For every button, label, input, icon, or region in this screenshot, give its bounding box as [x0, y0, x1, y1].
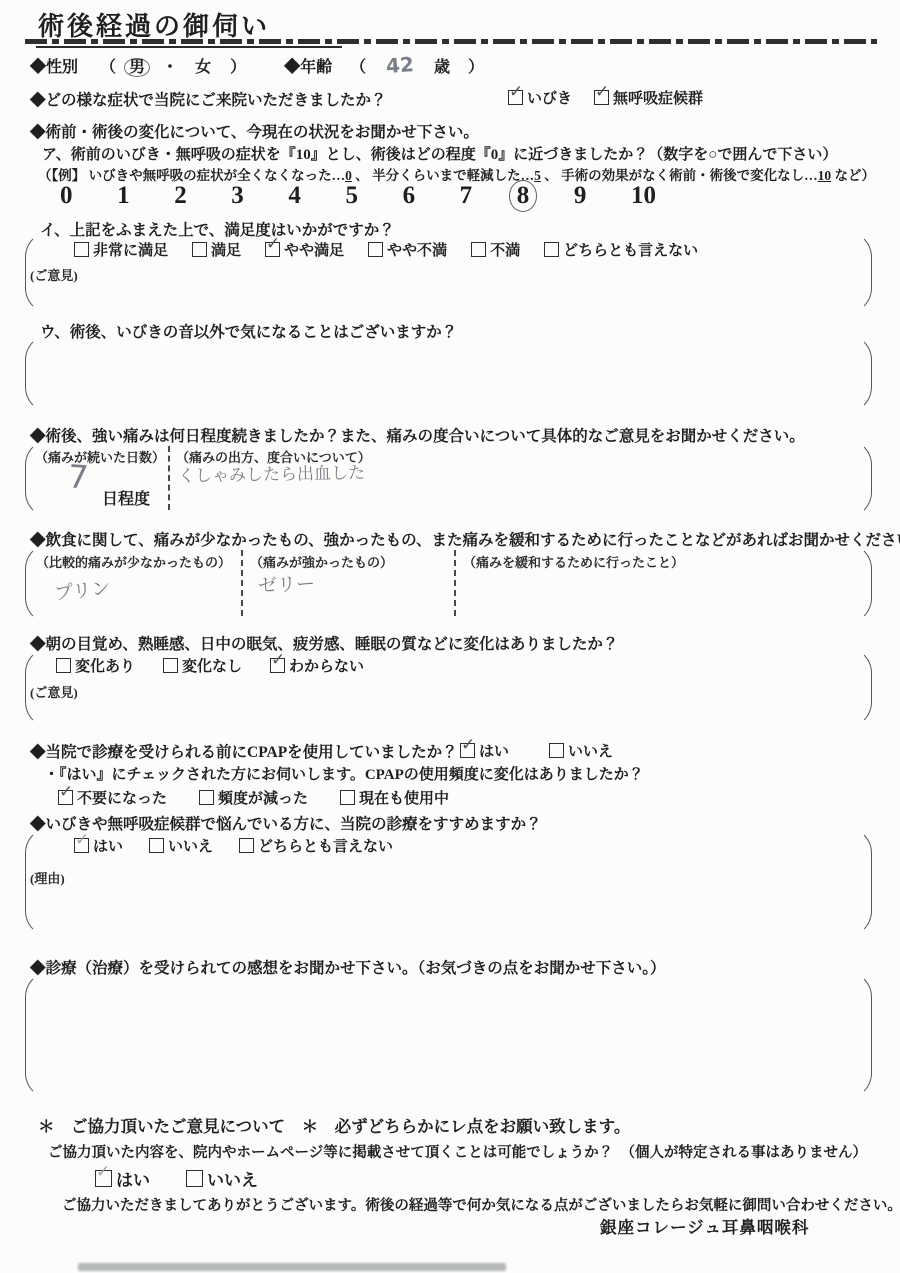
checkbox-option-changed[interactable]: 変化あり: [56, 655, 135, 676]
cpap-followup-options: 不要になった 頻度が減った 現在も使用中: [58, 787, 449, 808]
eating-col2-handwritten[interactable]: ゼリー: [258, 569, 316, 598]
checkbox-option-unknown[interactable]: わからない: [270, 655, 364, 676]
checkbox-option-recommend-yes[interactable]: はい: [74, 835, 123, 856]
reason-label: (理由): [30, 868, 65, 887]
thanks-note: ご協力いただきましてありがとうございます。術後の経過等で何か気になる点がございま…: [62, 1194, 900, 1215]
checkbox-option-cpap-yes[interactable]: はい: [460, 740, 509, 761]
option-label: どちらとも言えない: [258, 835, 393, 856]
scale-number-7[interactable]: 7: [452, 180, 481, 212]
checkbox-option-no-longer-needed[interactable]: 不要になった: [58, 787, 167, 808]
checkbox[interactable]: [471, 242, 486, 257]
checkbox-option-snoring[interactable]: いびき: [508, 87, 572, 108]
consent-question: ご協力頂いた内容を、院内やホームページ等に掲載させて頂くことは可能でしょうか？ …: [48, 1141, 867, 1162]
pain-days-label: （痛みが続いた日数）: [35, 447, 165, 466]
checkbox[interactable]: [95, 1170, 112, 1187]
scale-number-6[interactable]: 6: [395, 180, 424, 212]
option-label: はい: [479, 740, 509, 761]
checkbox-option-dissatisfied[interactable]: 不満: [471, 239, 520, 260]
cpap-options: はい いいえ: [460, 740, 613, 761]
paren: ）: [468, 59, 484, 76]
checkbox-option-no-change[interactable]: 変化なし: [163, 655, 242, 676]
checkbox-option-satisfied[interactable]: 満足: [192, 239, 241, 260]
checkbox[interactable]: [192, 242, 207, 257]
checkbox-option-neither[interactable]: どちらとも言えない: [544, 239, 698, 260]
symptoms-question: ◆どの様な症状で当院にご来院いただきましたか？: [30, 88, 387, 110]
recommend-options: はい いいえ どちらとも言えない: [74, 835, 393, 856]
option-label: 現在も使用中: [359, 787, 449, 808]
checkbox-option-cpap-no[interactable]: いいえ: [549, 740, 613, 761]
age-label: ◆年齢: [284, 59, 332, 76]
profile-row: ◆性別 （ 男 ・ 女 ） ◆年齢 （ 42 歳 ）: [30, 53, 484, 77]
cpap-followup-question: ・『はい』にチェックされた方にお伺いします。CPAPの使用頻度に変化はありました…: [44, 763, 644, 784]
checkbox[interactable]: [199, 790, 214, 805]
checkbox[interactable]: [368, 242, 383, 257]
symptoms-options: いびき 無呼吸症候群: [508, 87, 703, 108]
checkbox-option-publish-yes[interactable]: はい: [95, 1166, 150, 1191]
sleep-options: 変化あり 変化なし わからない: [56, 655, 364, 676]
checkbox[interactable]: [544, 242, 559, 257]
clinic-name: 銀座コレージュ耳鼻咽喉科: [600, 1214, 809, 1238]
scale-number-4[interactable]: 4: [280, 180, 309, 212]
option-label: 満足: [211, 239, 241, 260]
option-label: やや満足: [284, 239, 344, 260]
recommend-answer-box: はい いいえ どちらとも言えない (理由): [25, 827, 872, 937]
checkbox[interactable]: [149, 838, 164, 853]
paren: ）: [230, 59, 246, 76]
checkbox[interactable]: [74, 242, 89, 257]
example-text: など）: [831, 168, 875, 183]
satisfaction-options: 非常に満足 満足 やや満足 やや不満 不満 どちらとも言えない: [74, 239, 698, 260]
scale-number-10[interactable]: 10: [623, 180, 664, 212]
checkbox-option-apnea[interactable]: 無呼吸症候群: [594, 87, 703, 108]
checkbox[interactable]: [239, 838, 254, 853]
checkbox-option-frequency-decreased[interactable]: 頻度が減った: [199, 787, 308, 808]
scale-number-2[interactable]: 2: [166, 180, 195, 212]
pain-days-unit: 日程度: [102, 486, 150, 509]
example-number: 10: [818, 168, 832, 183]
option-label: 変化あり: [75, 655, 135, 676]
checkbox[interactable]: [74, 838, 89, 853]
sleep-answer-box: 変化あり 変化なし わからない (ご意見): [25, 647, 872, 728]
column-divider: [241, 550, 243, 616]
scale-number-0[interactable]: 0: [52, 180, 81, 212]
eating-col3-label: （痛みを緩和するために行ったこと）: [463, 552, 684, 571]
eating-answer-box: （比較的痛みが少なかったもの） （痛みが強かったもの） （痛みを緩和するために行…: [25, 543, 872, 624]
scale-number-8[interactable]: 8: [509, 180, 538, 212]
checkbox-option-somewhat-dissatisfied[interactable]: やや不満: [368, 239, 447, 260]
checkbox[interactable]: [56, 658, 71, 673]
option-label: 不満: [490, 239, 520, 260]
comment-label: (ご意見): [30, 265, 78, 284]
checkbox[interactable]: [594, 90, 609, 105]
option-label: いいえ: [207, 1166, 258, 1191]
scanned-questionnaire-page: 術後経過の御伺い ◆性別 （ 男 ・ 女 ） ◆年齢 （ 42 歳 ） ◆どの様…: [0, 0, 900, 1273]
checkbox-option-recommend-neither[interactable]: どちらとも言えない: [239, 835, 393, 856]
other-concerns-answer-box[interactable]: [25, 334, 872, 413]
sex-label: ◆性別: [30, 59, 78, 76]
eating-col2-label: （痛みが強かったもの）: [250, 552, 393, 571]
pain-desc-handwritten[interactable]: くしゃみしたら出血した: [178, 458, 365, 486]
satisfaction-answer-box: 非常に満足 満足 やや満足 やや不満 不満 どちらとも言えない (ご意見): [25, 231, 872, 314]
option-label: 変化なし: [182, 655, 242, 676]
checkbox[interactable]: [58, 790, 73, 805]
checkbox[interactable]: [270, 658, 285, 673]
checkbox-option-somewhat-satisfied[interactable]: やや満足: [265, 239, 344, 260]
option-label: どちらとも言えない: [563, 239, 698, 260]
consent-options: はい いいえ: [95, 1166, 258, 1191]
option-label: やや不満: [387, 239, 447, 260]
option-label: 頻度が減った: [218, 787, 308, 808]
checkbox[interactable]: [186, 1170, 203, 1187]
scale-number-5[interactable]: 5: [337, 180, 366, 212]
checkbox[interactable]: [508, 90, 523, 105]
checkbox-option-recommend-no[interactable]: いいえ: [149, 835, 213, 856]
checkbox-option-publish-no[interactable]: いいえ: [186, 1166, 258, 1191]
scale-number-9[interactable]: 9: [566, 180, 595, 212]
checkbox[interactable]: [549, 743, 564, 758]
checkbox-option-very-satisfied[interactable]: 非常に満足: [74, 239, 168, 260]
paren: （: [350, 59, 366, 76]
checkbox[interactable]: [340, 790, 355, 805]
checkbox-option-still-using[interactable]: 現在も使用中: [340, 787, 449, 808]
option-label: 無呼吸症候群: [613, 87, 703, 108]
checkbox[interactable]: [163, 658, 178, 673]
option-label: はい: [116, 1166, 150, 1191]
age-unit: 歳: [434, 59, 450, 76]
paren: （: [100, 59, 116, 76]
comment-label: (ご意見): [30, 682, 78, 701]
option-label: いいえ: [568, 740, 613, 761]
checkbox[interactable]: [460, 743, 475, 758]
scale-question: ア、術前のいびき・無呼吸の症状を『10』とし、術後はどの程度『0』に近づきました…: [42, 143, 837, 164]
eating-col1-label: （比較的痛みが少なかったもの）: [36, 552, 231, 571]
change-heading: ◆術前・術後の変化について、今現在の状況をお聞かせ下さい。: [30, 120, 479, 142]
scan-artifact-bar: [78, 1263, 506, 1271]
sex-option-female[interactable]: 女: [190, 58, 216, 77]
option-label: わからない: [289, 655, 364, 676]
option-label: いいえ: [168, 835, 213, 856]
scale-number-row: 0 1 2 3 4 5 6 7 8 9 10: [52, 180, 664, 212]
option-label: はい: [93, 835, 123, 856]
option-label: 不要になった: [77, 787, 167, 808]
cpap-question: ◆当院で診療を受けられる前にCPAPを使用していましたか？: [30, 740, 458, 762]
option-label: 非常に満足: [93, 239, 168, 260]
column-divider: [168, 446, 170, 510]
pain-days-handwritten[interactable]: 7: [67, 457, 90, 496]
dashed-divider: [25, 39, 877, 44]
sex-option-male[interactable]: 男: [124, 58, 150, 77]
column-divider: [454, 550, 456, 616]
age-value-handwritten[interactable]: 42: [385, 52, 414, 78]
eating-col1-handwritten[interactable]: プリン: [53, 573, 112, 606]
separator-dot: ・: [162, 59, 178, 76]
checkbox[interactable]: [265, 242, 280, 257]
scale-number-3[interactable]: 3: [223, 180, 252, 212]
scale-number-1[interactable]: 1: [109, 180, 138, 212]
consent-heading: ＊ ご協力頂いたご意見について ＊ 必ずどちらかにレ点をお願い致します。: [38, 1113, 630, 1137]
pain-answer-box: （痛みが続いた日数） （痛みの出方、度合いについて） 7 日程度 くしゃみしたら…: [25, 439, 872, 518]
impression-answer-box[interactable]: [25, 971, 872, 1099]
option-label: いびき: [527, 87, 572, 108]
